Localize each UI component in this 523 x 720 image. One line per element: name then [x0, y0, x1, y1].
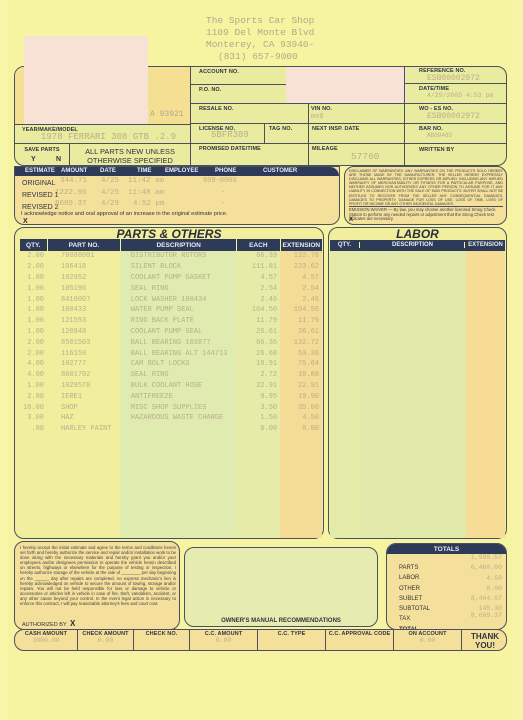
each: 111.81 [237, 262, 281, 273]
estimate-header: ESTIMATE AMOUNT DATE TIME EMPLOYEE PHONE… [15, 167, 339, 176]
mileage-field: MILEAGE 57760 [308, 144, 404, 166]
description: MISC SHOP SUPPLIES [121, 402, 237, 413]
extension: 11.79 [280, 316, 322, 327]
estimate-block: ESTIMATE AMOUNT DATE TIME EMPLOYEE PHONE… [14, 166, 340, 225]
col-estimate: ESTIMATE [25, 168, 55, 174]
extension: 132.72 [280, 337, 322, 348]
extension: 2.54 [280, 283, 322, 294]
thank-you: THANK YOU! [462, 632, 508, 650]
part-no: 102952 [47, 273, 121, 284]
estimate-row-label: REVISED 1 [22, 192, 59, 199]
reference-no-value: ESB00002972 [427, 74, 480, 83]
authorized-by-label: AUTHORIZED BY [22, 622, 67, 628]
description: ANTIFREEZE [121, 391, 237, 402]
next-insp-date-field: NEXT INSP. DATE [308, 124, 404, 144]
parts-row: 2.00116159BALL BEARING ALT 14471326.6853… [20, 348, 322, 359]
customer-zip: A 93921 [150, 110, 184, 119]
parts-row: 1.008410007LOCK WASHER 1004342.462.46 [20, 294, 322, 305]
disclaimer-text: DISCLAIMER OF WARRANTIES: ANY WARRANTIES… [349, 169, 503, 205]
estimate-date: 4/25 [101, 177, 119, 185]
authorization-block: I hereby accept the initial estimate and… [14, 541, 180, 630]
description: BALL BEARING ALT 144713 [121, 348, 237, 359]
description: BULK COOLANT HOSE [121, 381, 237, 392]
authorization-text: I hereby accept the initial estimate and… [20, 545, 176, 606]
qty: .00 [20, 424, 47, 435]
col-qty: QTY. [20, 239, 47, 251]
description: RING BACK PLATE [121, 316, 237, 327]
parts-row: 3.00HAZHAZARDOUS WASTE CHARGE1.504.50 [20, 413, 322, 424]
col-phone: PHONE [215, 168, 236, 174]
extension: 53.36 [280, 348, 322, 359]
each: 1.50 [237, 413, 281, 424]
estimate-row-label: REVISED 2 [22, 204, 59, 211]
each: 18.91 [237, 359, 281, 370]
estimate-time: 11:42 am [128, 177, 164, 185]
parts-notice-line2: OTHERWISE SPECIFIED [70, 156, 190, 165]
extension: 75.64 [280, 359, 322, 370]
bar-no-field: BAR NO. AB09465 [405, 124, 507, 144]
extension: 26.61 [280, 327, 322, 338]
part-no: SHOP [47, 402, 121, 413]
qty: 4.00 [20, 370, 47, 381]
part-no: 1029578 [47, 381, 121, 392]
save-parts-label: SAVE PARTS [15, 147, 69, 153]
estimate-time: 11:48 am [128, 189, 164, 197]
cc-amount-value: 0.00 [190, 637, 257, 644]
each: 2.54 [237, 283, 281, 294]
cash-amount-value: 3000.00 [15, 637, 77, 644]
year-make-model-field: YEAR/MAKE/MODEL 1978 FERRARI 308 GTB .2.… [15, 124, 190, 144]
disclaimer-signature-line[interactable]: X [349, 217, 353, 223]
written-by-field: WRITTEN BY [405, 144, 507, 166]
extension: 223.62 [280, 262, 322, 273]
on-account-field: ON ACCOUNT 0.00 [394, 630, 462, 650]
mileage-label: MILEAGE [312, 146, 338, 152]
written-by-label: WRITTEN BY [419, 147, 454, 153]
parts-row: 1.00105196SEAL RING2.542.54 [20, 283, 322, 294]
shop-phone: (831) 657-9000 [206, 51, 314, 63]
parts-row: .00HARLEY PAINT0.000.00 [20, 424, 322, 435]
description: CAM BOLT LOCKS [121, 359, 237, 370]
extension: 2.46 [280, 294, 322, 305]
cc-type-label: C.C. TYPE [258, 631, 325, 637]
col-extension: EXTENSION [280, 239, 322, 251]
extension: 22.91 [280, 381, 322, 392]
estimate-phone: - [221, 189, 225, 197]
part-no: HARLEY PAINT [47, 424, 121, 435]
check-amount-field: CHECK AMOUNT 0.00 [78, 630, 134, 650]
parts-row: 1.00102952COOLANT PUMP GASKET4.574.57 [20, 273, 322, 284]
totals-value: 8,609.37 [471, 612, 502, 619]
estimate-amount: 344.71 [60, 177, 87, 185]
each: 26.68 [237, 348, 281, 359]
estimate-phone: - [221, 200, 225, 208]
thank-you-line1: THANK [462, 632, 508, 641]
authorized-by-signature[interactable]: X [70, 619, 75, 628]
each: 66.36 [237, 337, 281, 348]
date-time-field: DATE/TIME 4/29/2005 4:53 pm [405, 84, 507, 104]
po-no-field: P.O. NO. [190, 85, 404, 104]
disclaimer-block: DISCLAIMER OF WARRANTIES: ANY WARRANTIES… [344, 166, 507, 225]
each: 9.95 [237, 391, 281, 402]
bar-no-value: AB09465 [427, 132, 452, 139]
vin-no-label: VIN NO. [311, 106, 332, 112]
totals-value: 4.50 [486, 575, 502, 582]
shop-name: The Sports Car Shop [206, 15, 314, 27]
totals-header: TOTALS [387, 544, 506, 554]
vin-no-field: VIN NO. mx0 [308, 104, 404, 124]
estimate-signature-line[interactable]: X [23, 218, 28, 225]
col-time: TIME [137, 168, 151, 174]
part-no: 120948 [47, 327, 121, 338]
tag-no-field: TAG NO. [264, 124, 308, 144]
part-no: 105196 [47, 283, 121, 294]
totals-value: 1,999.57 [471, 554, 502, 561]
each: 4.57 [237, 273, 281, 284]
qty: 1.00 [20, 294, 47, 305]
owners-manual-label: OWNER'S MANUAL RECOMMENDATIONS [184, 618, 378, 624]
qty: 1.00 [20, 273, 47, 284]
vin-no-value: mx0 [311, 113, 324, 121]
labor-title: LABOR [328, 227, 507, 241]
part-no: 8410007 [47, 294, 121, 305]
extension: 104.50 [280, 305, 322, 316]
reference-no-field: REFERENCE NO. ESB00002972 [405, 67, 507, 84]
description: SEAL RING [121, 370, 237, 381]
estimate-phone: 809-0000 [203, 177, 237, 185]
each: 104.50 [237, 305, 281, 316]
description: SILENT BLOCK [121, 262, 237, 273]
save-parts-no[interactable]: N [56, 156, 61, 163]
part-no: 121553 [47, 316, 121, 327]
each: 66.39 [237, 251, 281, 262]
account-no-label: ACCOUNT NO. [199, 69, 239, 75]
emission-waiver: EMISSION WAIVER — By law, you may choose… [349, 206, 503, 222]
owners-manual-block [184, 547, 378, 627]
part-no: 116159 [47, 348, 121, 359]
extension: 132.78 [280, 251, 322, 262]
each: 2.46 [237, 294, 281, 305]
extension: 19.90 [280, 391, 322, 402]
qty: 10.00 [20, 402, 47, 413]
totals-block: TOTALS PARTS 1,999.57 LABOR 6,460.00 OTH… [386, 543, 507, 630]
part-no: 106418 [47, 262, 121, 273]
cash-amount-field: CASH AMOUNT 3000.00 [15, 630, 78, 650]
promised-field: PROMISED DATE/TIME [190, 144, 308, 166]
each: 22.91 [237, 381, 281, 392]
description: DISTRIBUTOR ROTORS [121, 251, 237, 262]
col-amount: AMOUNT [61, 168, 87, 174]
description: LOCK WASHER 100434 [121, 294, 237, 305]
extension: 10.88 [280, 370, 322, 381]
on-account-value: 0.00 [394, 637, 461, 644]
totals-value: 8,464.07 [471, 595, 502, 602]
description: COOLANT PUMP GASKET [121, 273, 237, 284]
col-part-no: PART NO. [47, 239, 121, 251]
check-no-field: CHECK NO. [134, 630, 190, 650]
labor-ext-shade [466, 251, 505, 538]
qty: 1.00 [20, 381, 47, 392]
estimate-date: 4/29 [101, 200, 119, 208]
parts-row: 2.00IERE1ANTIFREEZE9.9519.90 [20, 391, 322, 402]
shop-address: 1109 Del Monte Blvd [206, 27, 314, 39]
col-customer: CUSTOMER [263, 168, 297, 174]
cc-amount-field: C.C. AMOUNT 0.00 [190, 630, 258, 650]
wo-es-no-field: WO - ES NO. ESB00002972 [405, 104, 507, 124]
labor-col-description: DESCRIPTION [361, 242, 465, 248]
qty: 1.00 [20, 327, 47, 338]
qty: 4.00 [20, 359, 47, 370]
extension: 0.00 [280, 424, 322, 435]
estimate-acknowledge: I acknowledge notice and oral approval o… [21, 211, 227, 217]
estimate-time: 4:52 pm [133, 200, 165, 208]
date-time-value: 4/29/2005 4:53 pm [427, 92, 493, 99]
parts-row: 10.00SHOPMISC SHOP SUPPLIES3.5035.00 [20, 402, 322, 413]
estimate-amount: 1222.96 [55, 189, 87, 197]
resale-no-label: RESALE NO. [199, 106, 234, 112]
totals-value: 6,460.00 [471, 564, 502, 571]
parts-table: QTY. PART NO. DESCRIPTION EACH EXTENSION… [20, 239, 322, 435]
extension: 35.00 [280, 402, 322, 413]
each: 11.79 [237, 316, 281, 327]
shop-city: Monterey, CA 93940- [206, 39, 314, 51]
estimate-row-original: ORIGINAL 344.71 4/25 11:42 am 809-0000 [15, 177, 339, 188]
each: 3.50 [237, 402, 281, 413]
parts-row: 4.008601702SEAL RING2.7210.88 [20, 370, 322, 381]
each: 2.72 [237, 370, 281, 381]
part-no: 100433 [47, 305, 121, 316]
parts-row: 4.00102777CAM BOLT LOCKS18.9175.64 [20, 359, 322, 370]
description: COOLANT PUMP SEAL [121, 327, 237, 338]
parts-notice: ALL PARTS NEW UNLESS OTHERWISE SPECIFIED [70, 144, 190, 166]
check-amount-value: 0.00 [78, 637, 133, 644]
extension: 4.57 [280, 273, 322, 284]
parts-row: 1.00120948COOLANT PUMP SEAL26.6126.61 [20, 327, 322, 338]
mileage-value: 57760 [351, 151, 380, 162]
each: 0.00 [237, 424, 281, 435]
part-no: HAZ [47, 413, 121, 424]
labor-col-qty: QTY. [330, 242, 360, 248]
parts-row: 1.00121553RING BACK PLATE11.7911.79 [20, 316, 322, 327]
cc-approval-label: C.C. APPROVAL CODE [326, 631, 393, 637]
labor-col-extension: EXTENSION [466, 242, 505, 248]
labor-qty-shade [330, 251, 361, 538]
license-no-value: 5BFR389 [211, 130, 249, 140]
qty: 2.00 [20, 262, 47, 273]
estimate-row-label: ORIGINAL [22, 180, 55, 187]
parts-header-row: QTY. PART NO. DESCRIPTION EACH EXTENSION [20, 239, 322, 251]
shop-info: The Sports Car Shop 1109 Del Monte Blvd … [206, 15, 314, 63]
qty: 2.00 [20, 348, 47, 359]
estimate-amount: 8609.37 [55, 200, 87, 208]
part-no: 70088001 [47, 251, 121, 262]
thank-you-line2: YOU! [462, 641, 508, 650]
parts-row: 1.00100433WATER PUMP SEAL104.50104.50 [20, 305, 322, 316]
cc-type-field: C.C. TYPE [258, 630, 326, 650]
wo-es-no-value: ESB00002972 [427, 112, 480, 121]
qty: 1.00 [20, 316, 47, 327]
save-parts-yes[interactable]: Y [31, 156, 36, 163]
parts-row: 2.008501503BALL BEARING 10387766.36132.7… [20, 337, 322, 348]
estimate-row-revised-1: REVISED 1 1222.96 4/25 11:48 am - [15, 189, 339, 200]
resale-no-field: RESALE NO. [190, 104, 308, 124]
part-no: 102777 [47, 359, 121, 370]
parts-row: 2.0070088001DISTRIBUTOR ROTORS66.39132.7… [20, 251, 322, 262]
save-parts-field: SAVE PARTS Y N [15, 144, 70, 166]
col-date: DATE [100, 168, 116, 174]
parts-row: 2.00106418SILENT BLOCK111.81223.62 [20, 262, 322, 273]
totals-value: 0.00 [486, 585, 502, 592]
totals-row-total: TOTAL 8,609.37 [399, 618, 504, 628]
promised-label: PROMISED DATE/TIME [199, 146, 261, 152]
estimate-row-revised-2: REVISED 2 8609.37 4/29 4:52 pm - [15, 200, 339, 211]
repair-order-form: The Sports Car Shop 1109 Del Monte Blvd … [8, 0, 513, 720]
col-employee: EMPLOYEE [165, 168, 198, 174]
qty: 1.00 [20, 283, 47, 294]
col-each: EACH [237, 239, 281, 251]
totals-value: 145.30 [479, 605, 502, 612]
col-description: DESCRIPTION [121, 239, 237, 251]
each: 26.61 [237, 327, 281, 338]
tag-no-label: TAG NO. [269, 126, 292, 132]
description: WATER PUMP SEAL [121, 305, 237, 316]
labor-desc-shade [361, 251, 466, 538]
right-column: REFERENCE NO. ESB00002972 DATE/TIME 4/29… [404, 67, 506, 166]
description [121, 424, 237, 435]
parts-notice-line1: ALL PARTS NEW UNLESS [70, 147, 190, 156]
description: HAZARDOUS WASTE CHARGE [121, 413, 237, 424]
part-no: IERE1 [47, 391, 121, 402]
part-no: 8601702 [47, 370, 121, 381]
redacted-customer-name [24, 36, 148, 124]
qty: 2.00 [20, 391, 47, 402]
part-no: 8501503 [47, 337, 121, 348]
qty: 1.00 [20, 305, 47, 316]
payment-strip: CASH AMOUNT 3000.00 CHECK AMOUNT 0.00 CH… [14, 629, 507, 651]
qty: 2.00 [20, 337, 47, 348]
parts-row: 1.001029578BULK COOLANT HOSE22.9122.91 [20, 381, 322, 392]
estimate-date: 4/25 [101, 189, 119, 197]
description: SEAL RING [121, 283, 237, 294]
year-make-model-value: 1978 FERRARI 308 GTB .2.9 [41, 132, 176, 142]
license-no-field: LICENSE NO. 5BFR389 [190, 124, 264, 144]
description: BALL BEARING 103877 [121, 337, 237, 348]
cc-approval-field: C.C. APPROVAL CODE [326, 630, 394, 650]
check-no-label: CHECK NO. [134, 631, 189, 637]
qty: 2.00 [20, 251, 47, 262]
po-no-label: P.O. NO. [199, 87, 221, 93]
next-insp-date-label: NEXT INSP. DATE [312, 126, 359, 132]
qty: 3.00 [20, 413, 47, 424]
labor-header-row: QTY. DESCRIPTION EXTENSION [330, 240, 505, 251]
extension: 4.50 [280, 413, 322, 424]
